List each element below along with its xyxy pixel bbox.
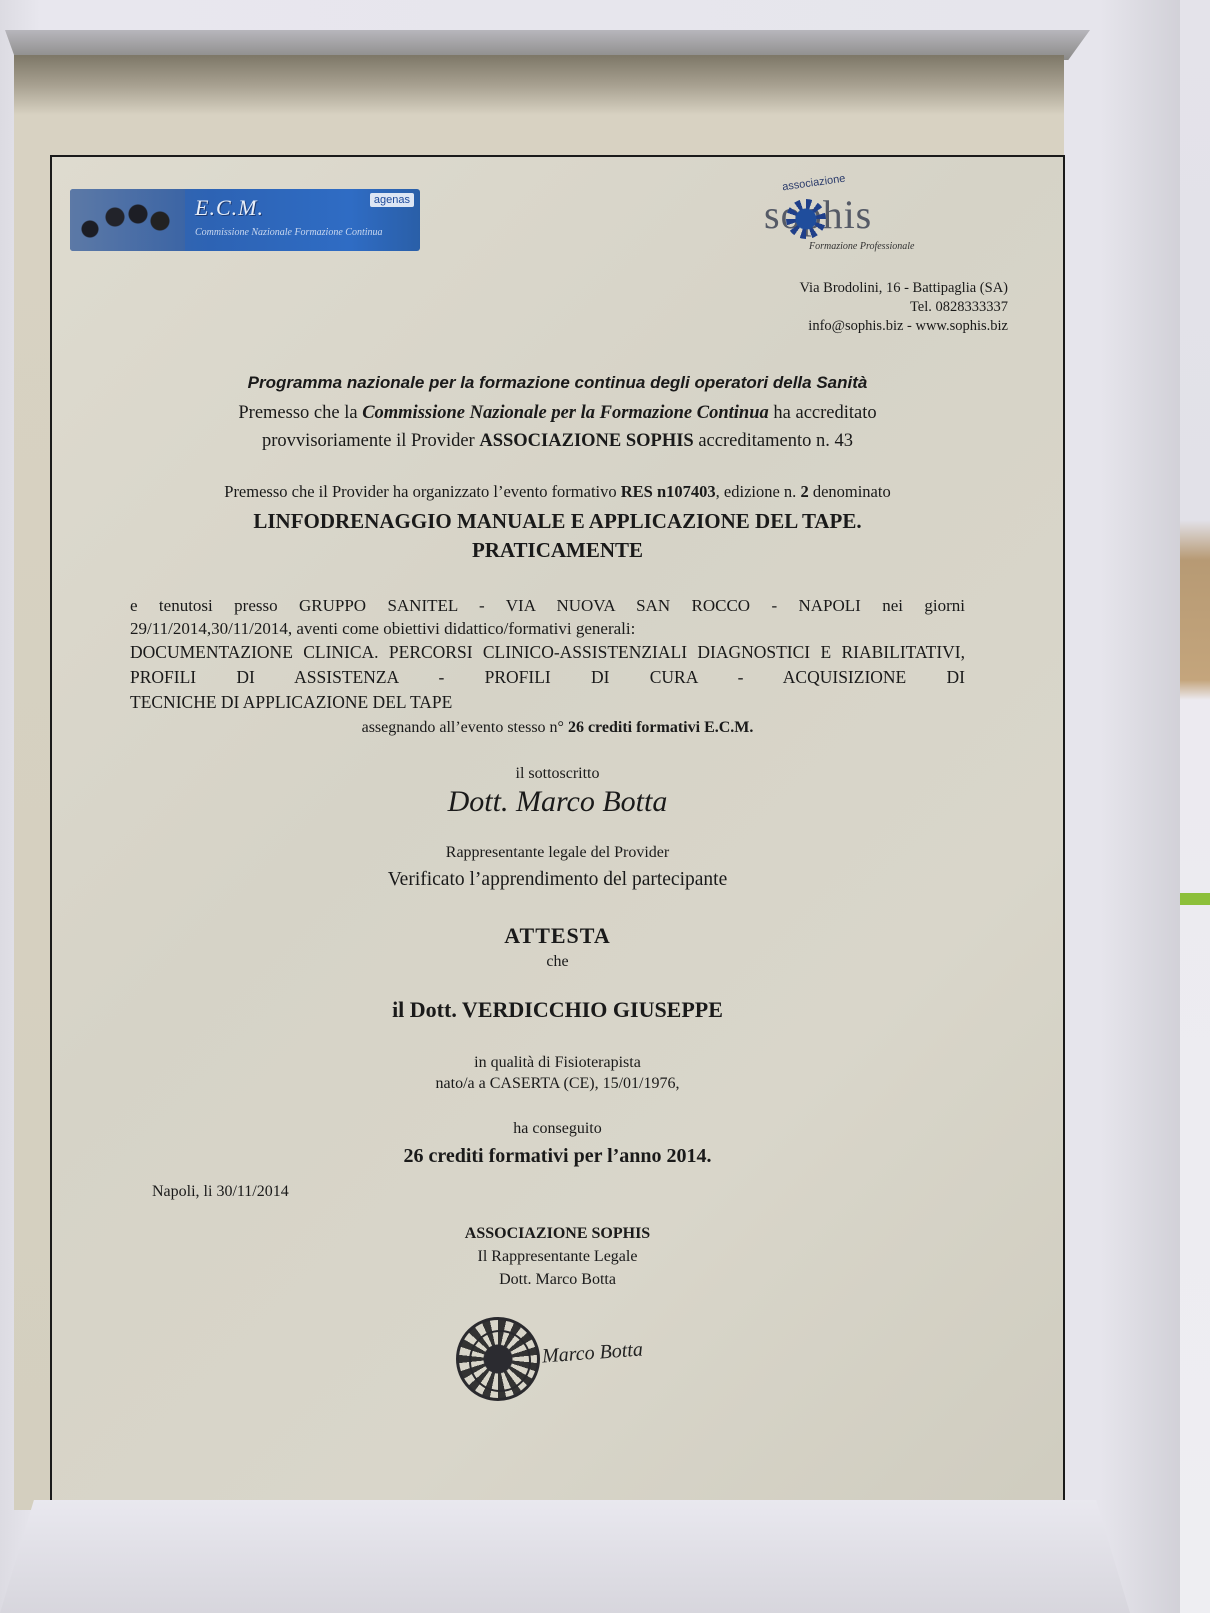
address-street: Via Brodolini, 16 - Battipaglia (SA) — [799, 279, 1008, 298]
address-contacts: info@sophis.biz - www.sophis.biz — [799, 317, 1008, 336]
picture-frame: E.C.M. Commissione Nazionale Formazione … — [0, 0, 1180, 1613]
credits-assigned-value: 26 crediti formativi E.C.M. — [568, 719, 753, 736]
frame-mat: E.C.M. Commissione Nazionale Formazione … — [14, 55, 1064, 1510]
signer-role: Rappresentante legale del Provider — [52, 844, 1063, 862]
attesta-heading: ATTESTA — [52, 923, 1063, 949]
globe-icon — [786, 199, 826, 239]
certificate-paper: E.C.M. Commissione Nazionale Formazione … — [50, 155, 1065, 1540]
event-location: e tenutosi presso GRUPPO SANITEL - VIA N… — [130, 594, 965, 617]
accreditation-statement: Premesso che la Commissione Nazionale pe… — [52, 399, 1063, 455]
event-dates: 29/11/2014,30/11/2014, aventi come obiet… — [130, 617, 965, 640]
objectives-text: DOCUMENTAZIONE CLINICA. PERCORSI CLINICO… — [130, 640, 965, 690]
background-paper-strip — [1178, 893, 1210, 905]
objectives-last-line: TECNICHE DI APPLICAZIONE DEL TAPE — [130, 690, 965, 715]
ecm-logo: E.C.M. Commissione Nazionale Formazione … — [70, 189, 420, 251]
participant-details: in qualità di Fisioterapista nato/a a CA… — [52, 1052, 1063, 1094]
undersigned-label: il sottoscritto — [52, 765, 1063, 783]
signature-org: ASSOCIAZIONE SOPHIS — [52, 1222, 1063, 1245]
signature-role: Il Rappresentante Legale — [52, 1245, 1063, 1268]
event-statement: Premesso che il Provider ha organizzato … — [52, 482, 1063, 502]
participant-birth: nato/a a CASERTA (CE), 15/01/1976, — [52, 1073, 1063, 1094]
event-location-dates: e tenutosi presso GRUPPO SANITEL - VIA N… — [130, 594, 965, 640]
event-title-line1: LINFODRENAGGIO MANUALE E APPLICAZIONE DE… — [52, 507, 1063, 536]
provider-address: Via Brodolini, 16 - Battipaglia (SA) Tel… — [799, 279, 1008, 336]
credits-assigned-prefix: assegnando all’evento stesso n° — [362, 719, 568, 736]
provider-prefix: provvisoriamente il Provider — [262, 431, 479, 451]
signer-name: Dott. Marco Botta — [52, 785, 1063, 819]
participant-profession: in qualità di Fisioterapista — [52, 1052, 1063, 1073]
provider-name: ASSOCIAZIONE SOPHIS — [479, 431, 693, 451]
che-label: che — [52, 953, 1063, 971]
credits-awarded: 26 crediti formativi per l’anno 2014. — [52, 1145, 1063, 1168]
sophis-logo: associazione sophis Formazione Professio… — [764, 171, 964, 261]
accreditation-number: accreditamento n. 43 — [694, 431, 853, 451]
event-objectives: DOCUMENTAZIONE CLINICA. PERCORSI CLINICO… — [130, 640, 965, 715]
accreditation-prefix: Premesso che la — [238, 403, 362, 423]
ecm-logo-subtitle: Commissione Nazionale Formazione Continu… — [195, 227, 383, 238]
verification-statement: Verificato l’apprendimento del partecipa… — [52, 869, 1063, 891]
frame-bottom-lip — [0, 1500, 1130, 1613]
agenas-logo: agenas — [370, 193, 414, 207]
credits-assigned: assegnando all’evento stesso n° 26 credi… — [52, 719, 1063, 737]
ecm-logo-title: E.C.M. — [195, 195, 264, 221]
program-title: Programma nazionale per la formazione co… — [52, 373, 1063, 393]
event-statement-prefix: Premesso che il Provider ha organizzato … — [224, 482, 621, 501]
signature-block: ASSOCIAZIONE SOPHIS Il Rappresentante Le… — [52, 1222, 1063, 1291]
participant-name: il Dott. VERDICCHIO GIUSEPPE — [52, 997, 1063, 1023]
ecm-logo-image — [70, 189, 185, 251]
event-title: LINFODRENAGGIO MANUALE E APPLICAZIONE DE… — [52, 507, 1063, 565]
address-phone: Tel. 0828333337 — [799, 298, 1008, 317]
event-title-line2: PRATICAMENTE — [52, 536, 1063, 565]
event-code: RES n107403 — [621, 482, 716, 501]
event-edition: 2 — [800, 482, 808, 501]
sophis-tagline: Formazione Professionale — [809, 241, 914, 252]
achieved-label: ha conseguito — [52, 1120, 1063, 1138]
place-date: Napoli, li 30/11/2014 — [152, 1183, 289, 1201]
commission-name: Commissione Nazionale per la Formazione … — [362, 403, 769, 423]
accreditation-suffix: ha accreditato — [769, 403, 877, 423]
event-edition-label: , edizione n. — [716, 482, 801, 501]
official-stamp-icon — [456, 1317, 540, 1401]
signature-name: Dott. Marco Botta — [52, 1268, 1063, 1291]
event-statement-suffix: denominato — [809, 482, 891, 501]
handwritten-signature: Marco Botta — [541, 1339, 643, 1369]
